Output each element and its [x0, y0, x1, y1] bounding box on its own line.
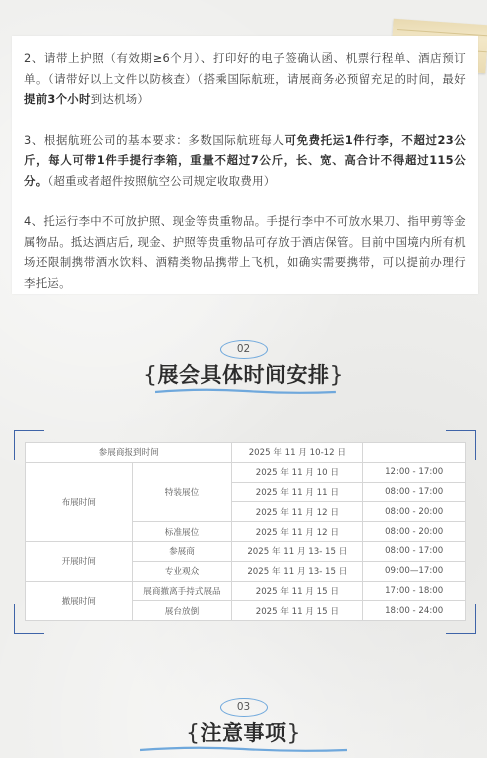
date-cell: 2025 年 11 月 13- 15 日: [232, 541, 363, 561]
date-cell: 2025 年 11 月 15 日: [232, 601, 363, 621]
note-item-2: 2、请带上护照（有效期≥6个月）、打印好的电子签确认函、机票行程单、酒店预订单。…: [24, 48, 466, 110]
date-cell: 2025 年 11 月 13- 15 日: [232, 561, 363, 581]
section-heading-02: 02 {展会具体时间安排}: [0, 337, 487, 389]
time-cell: 08:00 - 20:00: [363, 502, 466, 522]
time-cell: 08:00 - 20:00: [363, 522, 466, 542]
section-heading-03: 03 {注意事项}: [0, 695, 487, 747]
date-cell: 2025 年 11 月 11 日: [232, 482, 363, 502]
brace-open-icon: {: [143, 363, 158, 388]
time-cell: 08:00 - 17:00: [363, 541, 466, 561]
date-cell: 2025 年 11 月 12 日: [232, 522, 363, 542]
sub-label: 参展商: [132, 541, 232, 561]
time-cell: 09:00—17:00: [363, 561, 466, 581]
wave-underline-icon: [140, 745, 347, 753]
setup-label: 布展时间: [26, 462, 133, 541]
section-title-text: 展会具体时间安排: [158, 363, 330, 387]
travel-notes-card: 2、请带上护照（有效期≥6个月）、打印好的电子签确认函、机票行程单、酒店预订单。…: [12, 36, 478, 294]
date-cell: 2025 年 11 月 15 日: [232, 581, 363, 601]
standard-booth-label: 标准展位: [132, 522, 232, 542]
note-text: （超重或者超件按照航空公司规定收取费用）: [47, 174, 275, 188]
teardown-label: 撤展时间: [26, 581, 133, 621]
date-cell: 2025 年 11 月 10 日: [232, 462, 363, 482]
registration-time: [363, 443, 466, 463]
registration-label: 参展商报到时间: [26, 443, 232, 463]
note-text: 2、请带上护照（有效期≥6个月）、打印好的电子签确认函、机票行程单、酒店预订单。…: [24, 51, 466, 86]
table-row: 撤展时间 展商撤离手持式展品 2025 年 11 月 15 日 17:00 - …: [26, 581, 466, 601]
note-text-bold: 提前3个小时: [24, 92, 91, 106]
date-cell: 2025 年 11 月 12 日: [232, 502, 363, 522]
special-booth-label: 特装展位: [132, 462, 232, 521]
table-row: 参展商报到时间 2025 年 11 月 10-12 日: [26, 443, 466, 463]
note-text: 3、根据航班公司的基本要求：多数国际航班每人: [24, 133, 285, 147]
sub-label: 专业观众: [132, 561, 232, 581]
table-row: 布展时间 特装展位 2025 年 11 月 10 日 12:00 - 17:00: [26, 462, 466, 482]
note-item-4: 4、托运行李中不可放护照、现金等贵重物品。手提行李中不可放水果刀、指甲剪等金属物…: [24, 211, 466, 293]
time-cell: 17:00 - 18:00: [363, 581, 466, 601]
brace-close-icon: }: [287, 721, 302, 746]
section-title-text: 注意事项: [201, 721, 287, 745]
brace-close-icon: }: [330, 363, 345, 388]
time-cell: 12:00 - 17:00: [363, 462, 466, 482]
section-title-wrap: {展会具体时间安排}: [143, 359, 344, 389]
section-title: {展会具体时间安排}: [143, 363, 344, 387]
schedule-table-frame: 参展商报到时间 2025 年 11 月 10-12 日 布展时间 特装展位 20…: [14, 430, 476, 634]
wave-underline-icon: [155, 387, 336, 395]
sub-label: 展商撤离手持式展品: [132, 581, 232, 601]
note-text: 4、托运行李中不可放护照、现金等贵重物品。手提行李中不可放水果刀、指甲剪等金属物…: [24, 214, 466, 290]
section-title: {注意事项}: [186, 721, 301, 745]
table-row: 开展时间 参展商 2025 年 11 月 13- 15 日 08:00 - 17…: [26, 541, 466, 561]
time-cell: 08:00 - 17:00: [363, 482, 466, 502]
registration-date: 2025 年 11 月 10-12 日: [232, 443, 363, 463]
time-cell: 18:00 - 24:00: [363, 601, 466, 621]
open-label: 开展时间: [26, 541, 133, 581]
note-text: 到达机场）: [91, 92, 149, 106]
schedule-table: 参展商报到时间 2025 年 11 月 10-12 日 布展时间 特装展位 20…: [25, 442, 466, 621]
sub-label: 展台放倒: [132, 601, 232, 621]
note-item-3: 3、根据航班公司的基本要求：多数国际航班每人可免费托运1件行李，不超过23公斤，…: [24, 130, 466, 192]
section-title-wrap: {注意事项}: [186, 717, 301, 747]
section-number-badge: 02: [220, 340, 268, 359]
brace-open-icon: {: [186, 721, 201, 746]
section-number-badge: 03: [220, 698, 268, 717]
